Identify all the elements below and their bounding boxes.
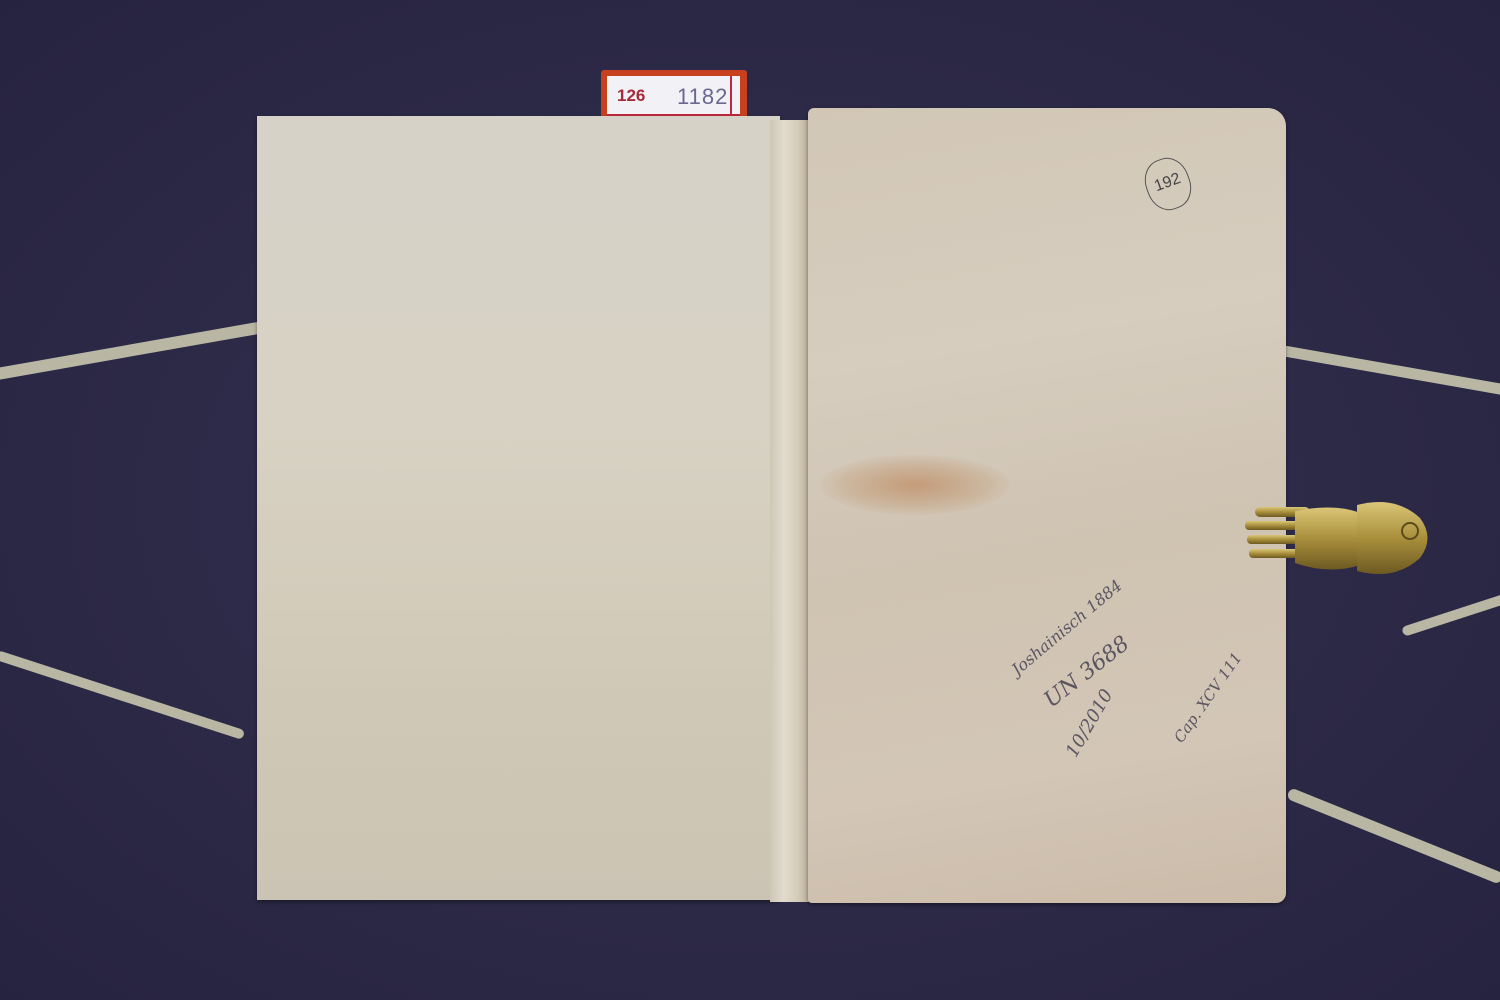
left-cover [257,116,780,900]
tag-label-number: 126 [617,86,645,106]
hand-clasp-icon [1245,493,1430,581]
tag-shelf-number: 1182 [677,84,728,110]
book-spine [770,120,810,902]
water-stain [820,455,1010,515]
